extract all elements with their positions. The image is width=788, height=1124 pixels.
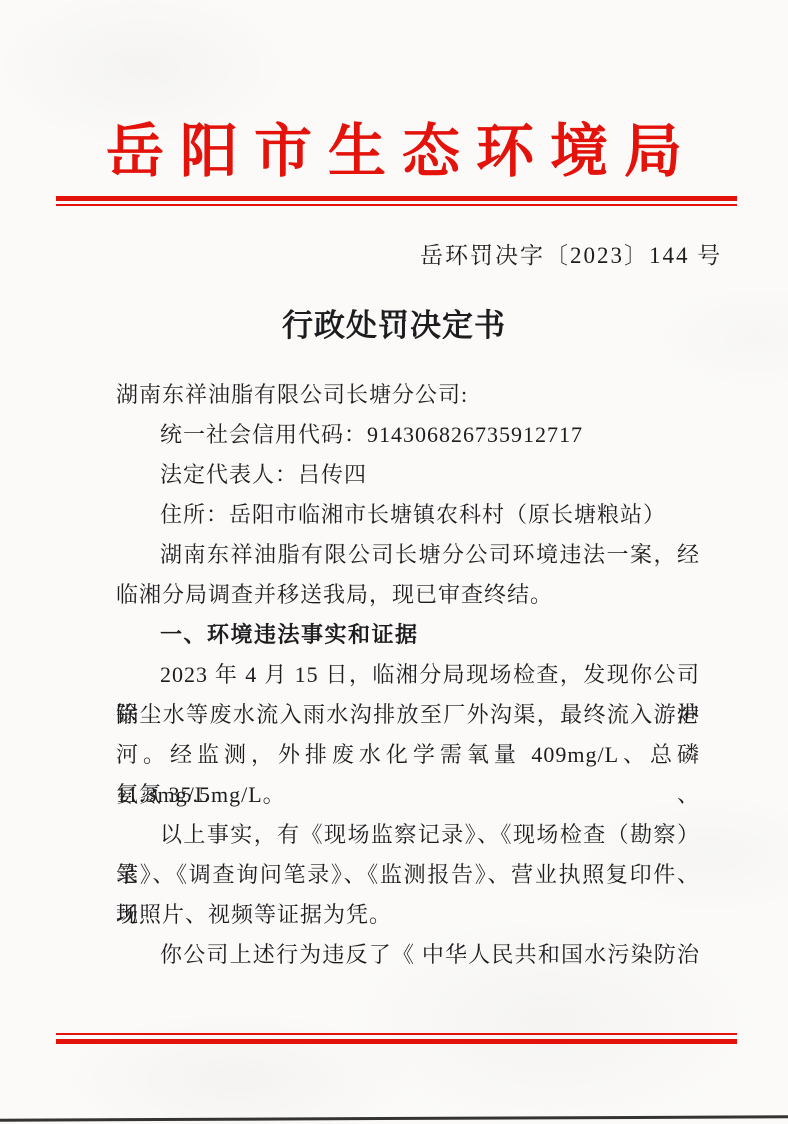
body-line-addressee: 湖南东祥油脂有限公司长塘分公司: <box>116 375 700 415</box>
body-line-monitoring: 河。经监测，外排废水化学需氧量 409mg/L、总磷 11.3mg/L、 <box>116 735 700 775</box>
scanned-document-page: { "colors": { "accent_red": "#e3120b", "… <box>0 0 788 1124</box>
header-rule-thin <box>56 204 737 206</box>
document-number: 岳环罚决字〔2023〕144 号 <box>420 237 722 270</box>
body-line-inspection: 2023 年 4 月 15 日，临湘分局现场检查，发现你公司锅炉 <box>116 655 700 695</box>
body-line-address: 住所：岳阳市临湘市长塘镇农科村（原长塘粮站） <box>116 495 700 535</box>
body-line-evidence: 以上事实，有《现场监察记录》、《现场检查（勘察）笔 <box>116 815 700 855</box>
section-heading-facts: 一、环境违法事实和证据 <box>116 615 700 655</box>
body-line-violation: 你公司上述行为违反了《 中华人民共和国水污染防治 <box>116 935 700 975</box>
body-line-evidence-end: 场照片、视频等证据为凭。 <box>116 895 700 935</box>
bureau-letterhead-title: 岳阳市生态环境局 <box>0 116 788 188</box>
document-body: 湖南东祥油脂有限公司长塘分公司: 统一社会信用代码：91430682673591… <box>116 375 700 975</box>
footer-rule-thin <box>56 1033 737 1035</box>
footer-rule-thick <box>56 1039 737 1044</box>
body-line-legal-rep: 法定代表人：吕传四 <box>116 455 700 495</box>
body-line-discharge: 除尘水等废水流入雨水沟排放至厂外沟渠，最终流入游港 <box>116 695 700 735</box>
header-rule-thick <box>56 196 737 201</box>
scan-page-edge <box>0 1115 788 1121</box>
body-line-credit-code: 统一社会信用代码：914306826735912717 <box>116 415 700 455</box>
body-line-case-intro: 湖南东祥油脂有限公司长塘分公司环境违法一案，经 <box>116 535 700 575</box>
body-line-evidence-cont: 录》、《调查询问笔录》、《监测报告》、营业执照复印件、现 <box>116 855 700 895</box>
document-title: 行政处罚决定书 <box>0 300 788 345</box>
body-line-case-intro-cont: 临湘分局调查并移送我局，现已审查终结。 <box>116 575 700 615</box>
